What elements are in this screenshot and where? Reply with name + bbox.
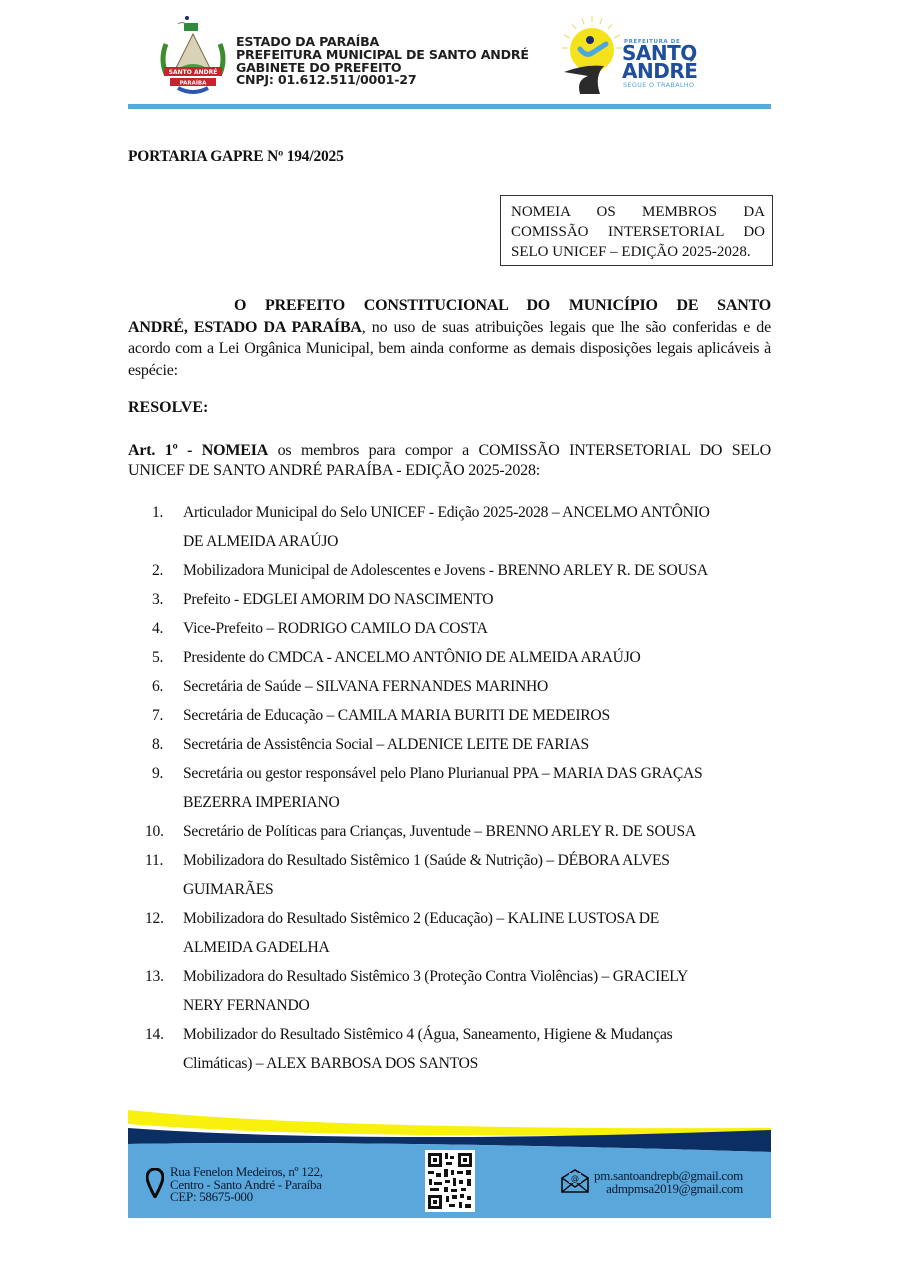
svg-text:@: @ — [571, 1174, 579, 1183]
member-item: 12.Mobilizadora do Resultado Sistêmico 2… — [130, 904, 775, 962]
document-title: PORTARIA GAPRE Nº 194/2025 — [128, 148, 344, 166]
member-number: 7. — [152, 701, 182, 730]
member-number: 9. — [152, 759, 182, 788]
member-text: Mobilizadora do Resultado Sistêmico 2 (E… — [183, 904, 775, 933]
map-pin-icon — [146, 1168, 164, 1198]
member-item: 8.Secretária de Assistência Social – ALD… — [130, 730, 775, 759]
member-number: 13. — [145, 962, 175, 991]
member-text: Prefeito - EDGLEI AMORIM DO NASCIMENTO — [183, 585, 775, 614]
member-number: 10. — [145, 817, 175, 846]
page-footer: Rua Fenelon Medeiros, nº 122, Centro - S… — [128, 1100, 771, 1218]
member-number: 11. — [145, 846, 175, 875]
qr-code-icon[interactable] — [425, 1150, 475, 1212]
member-text: Mobilizadora Municipal de Adolescentes e… — [183, 556, 775, 585]
member-text: Presidente do CMDCA - ANCELMO ANTÔNIO DE… — [183, 643, 775, 672]
member-item: 2.Mobilizadora Municipal de Adolescentes… — [130, 556, 775, 585]
member-number: 12. — [145, 904, 175, 933]
footer-address: Rua Fenelon Medeiros, nº 122, Centro - S… — [170, 1166, 323, 1204]
member-text: Mobilizadora do Resultado Sistêmico 1 (S… — [183, 846, 775, 875]
member-text-cont: ALMEIDA GADELHA — [183, 933, 775, 962]
letterhead-text: ESTADO DA PARAÍBA PREFEITURA MUNICIPAL D… — [236, 36, 529, 87]
preamble-paragraph: O PREFEITO CONSTITUCIONAL DO MUNICÍPIO D… — [128, 295, 771, 381]
member-text: Secretária ou gestor responsável pelo Pl… — [183, 759, 775, 788]
member-text: Articulador Municipal do Selo UNICEF - E… — [183, 498, 775, 527]
resolve-heading: RESOLVE: — [128, 399, 208, 417]
member-text: Vice-Prefeito – RODRIGO CAMILO DA COSTA — [183, 614, 775, 643]
member-item: 11.Mobilizadora do Resultado Sistêmico 1… — [130, 846, 775, 904]
article-1: Art. 1º - NOMEIA os membros para compor … — [128, 441, 771, 481]
ementa-line: COMISSÃO INTERSETORIAL DO — [511, 222, 765, 242]
ementa-box: NOMEIA OS MEMBROS DA COMISSÃO INTERSETOR… — [500, 195, 773, 266]
logo-slogan: SEGUE O TRABALHO — [623, 81, 694, 89]
member-number: 4. — [152, 614, 182, 643]
member-item: 9.Secretária ou gestor responsável pelo … — [130, 759, 775, 817]
member-item: 14.Mobilizador do Resultado Sistêmico 4 … — [130, 1020, 775, 1078]
member-item: 4.Vice-Prefeito – RODRIGO CAMILO DA COST… — [130, 614, 775, 643]
member-item: 7.Secretária de Educação – CAMILA MARIA … — [130, 701, 775, 730]
member-item: 10.Secretário de Políticas para Crianças… — [130, 817, 775, 846]
member-number: 6. — [152, 672, 182, 701]
member-item: 6.Secretária de Saúde – SILVANA FERNANDE… — [130, 672, 775, 701]
member-item: 1.Articulador Municipal do Selo UNICEF -… — [130, 498, 775, 556]
municipal-coat-of-arms-icon: SANTO ANDRÉ PARAÍBA — [156, 14, 230, 96]
preamble-authority: O PREFEITO CONSTITUCIONAL DO MUNICÍPIO D… — [234, 297, 771, 314]
letterhead: SANTO ANDRÉ PARAÍBA ESTADO DA PARAÍBA PR… — [128, 12, 771, 110]
member-number: 1. — [152, 498, 182, 527]
member-text: Secretária de Educação – CAMILA MARIA BU… — [183, 701, 775, 730]
member-item: 3.Prefeito - EDGLEI AMORIM DO NASCIMENTO — [130, 585, 775, 614]
envelope-at-icon: @ — [560, 1169, 590, 1193]
header-divider — [128, 104, 771, 109]
article-text-cont: UNICEF DE SANTO ANDRÉ PARAÍBA - EDIÇÃO 2… — [128, 462, 540, 479]
member-text: Mobilizadora do Resultado Sistêmico 3 (P… — [183, 962, 775, 991]
member-text: Secretário de Políticas para Crianças, J… — [183, 817, 775, 846]
member-number: 3. — [152, 585, 182, 614]
member-text-cont: BEZERRA IMPERIANO — [183, 788, 775, 817]
member-number: 8. — [152, 730, 182, 759]
article-label: Art. 1º - NOMEIA — [128, 442, 268, 459]
member-item: 5.Presidente do CMDCA - ANCELMO ANTÔNIO … — [130, 643, 775, 672]
preamble-authority-cont: ANDRÉ, ESTADO DA PARAÍBA — [128, 319, 362, 336]
email-link[interactable]: admpmsa2019@gmail.com — [594, 1182, 743, 1195]
ementa-line: SELO UNICEF – EDIÇÃO 2025-2028. — [511, 244, 751, 260]
members-list: 1.Articulador Municipal do Selo UNICEF -… — [130, 498, 775, 1078]
member-number: 2. — [152, 556, 182, 585]
article-text: os membros para compor a COMISSÃO INTERS… — [268, 442, 771, 459]
member-text: Secretária de Saúde – SILVANA FERNANDES … — [183, 672, 775, 701]
ementa-line: NOMEIA OS MEMBROS DA — [511, 202, 765, 222]
member-item: 13.Mobilizadora do Resultado Sistêmico 3… — [130, 962, 775, 1020]
member-number: 5. — [152, 643, 182, 672]
logo-name-line2: ANDRÉ — [622, 62, 697, 80]
member-text-cont: GUIMARÃES — [183, 875, 775, 904]
cnpj: CNPJ: 01.612.511/0001-27 — [236, 74, 529, 87]
member-number: 14. — [145, 1020, 175, 1049]
svg-text:SANTO ANDRÉ: SANTO ANDRÉ — [169, 68, 218, 76]
member-text-cont: Climáticas) – ALEX BARBOSA DOS SANTOS — [183, 1049, 775, 1078]
member-text-cont: DE ALMEIDA ARAÚJO — [183, 527, 775, 556]
footer-emails: pm.santoandrepb@gmail.com admpmsa2019@gm… — [594, 1169, 743, 1195]
member-text: Secretária de Assistência Social – ALDEN… — [183, 730, 775, 759]
svg-text:PARAÍBA: PARAÍBA — [180, 79, 208, 87]
member-text: Mobilizador do Resultado Sistêmico 4 (Ág… — [183, 1020, 775, 1049]
member-text-cont: NERY FERNANDO — [183, 991, 775, 1020]
